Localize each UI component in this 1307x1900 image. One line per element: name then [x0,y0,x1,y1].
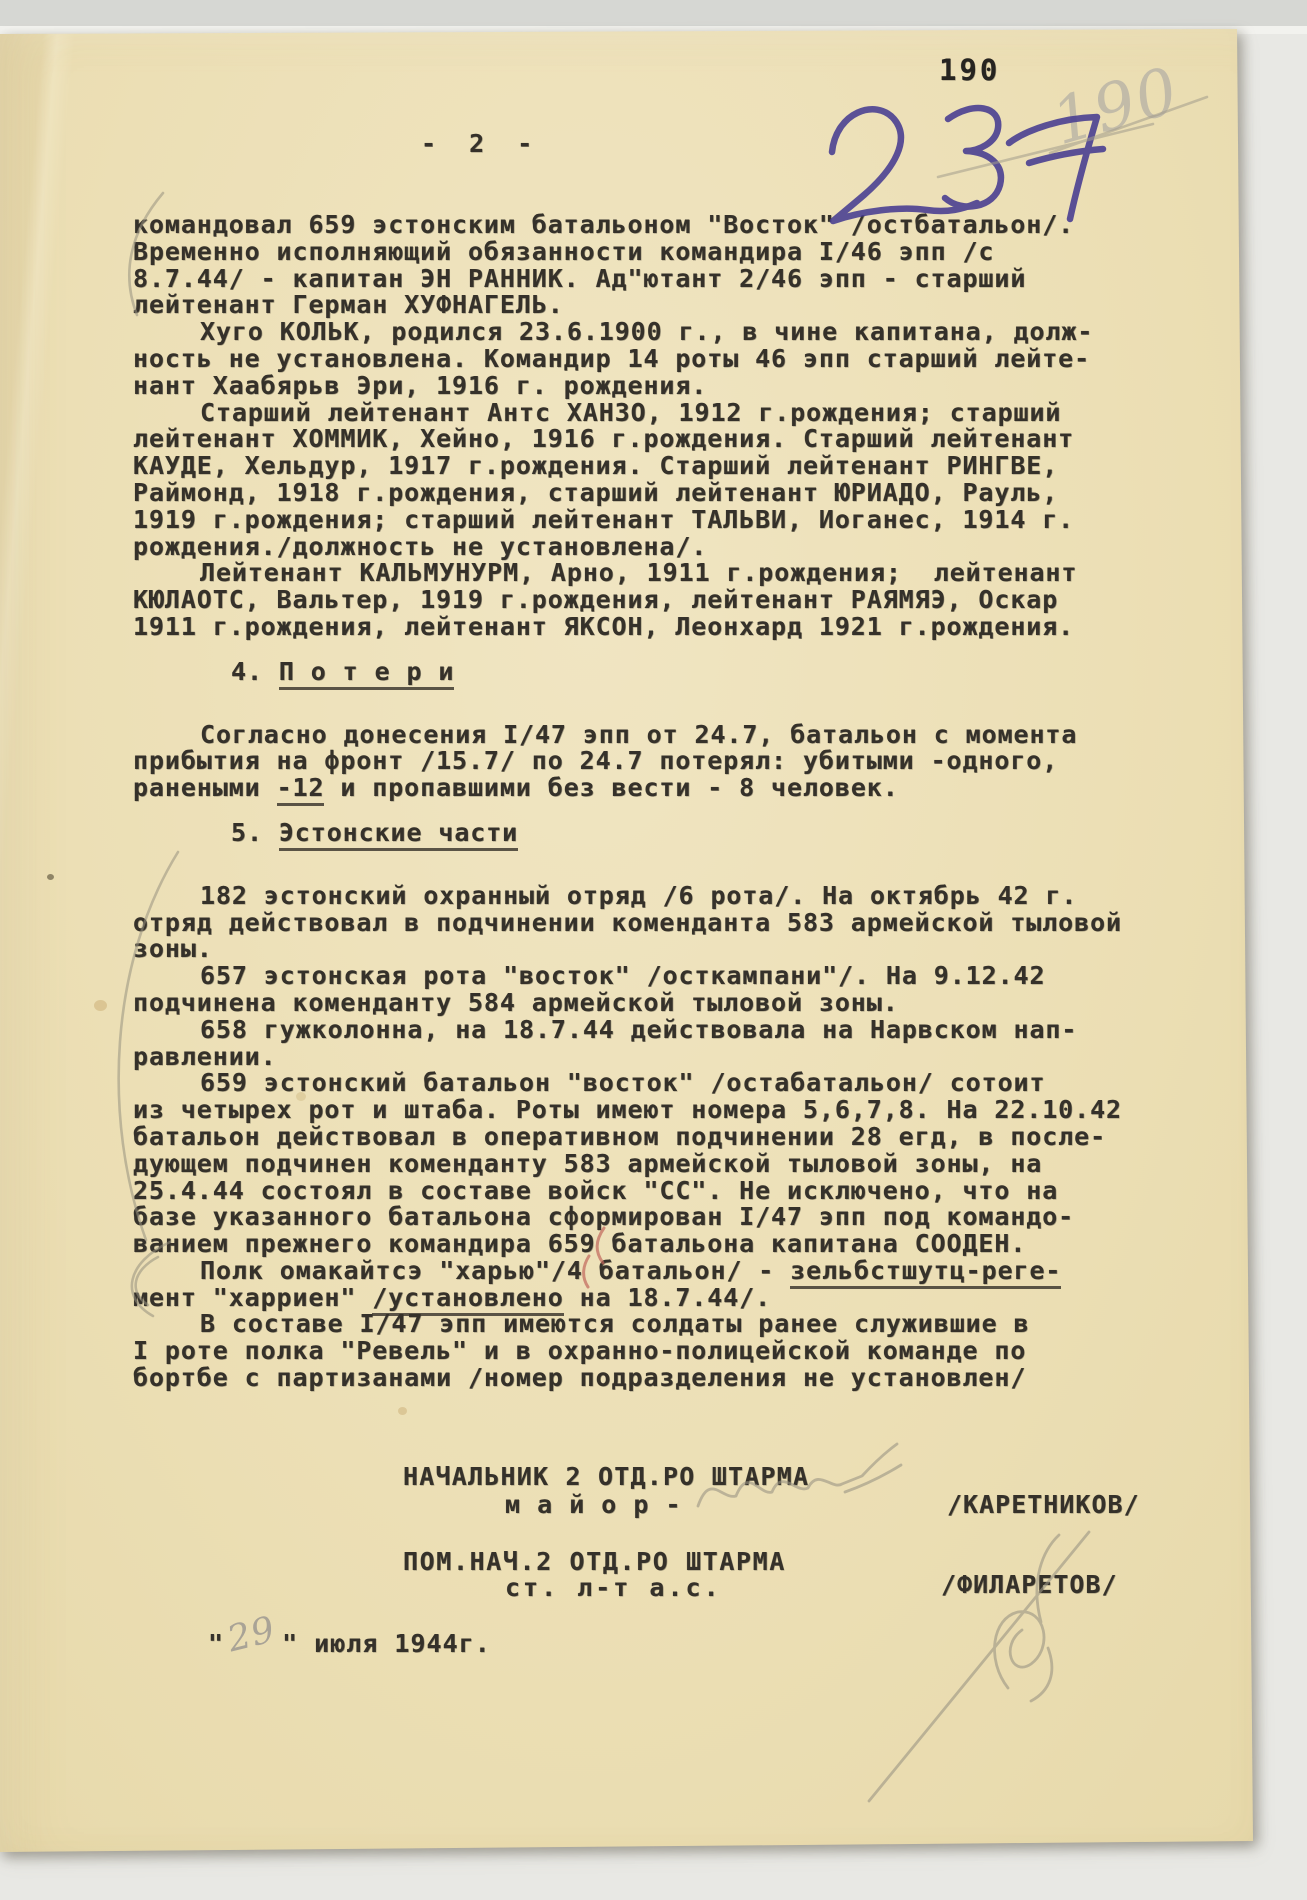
signature-role-2: ПОМ.НАЧ.2 ОТД.РО ШТАРМА [403,1547,786,1576]
paper-speck [47,874,54,880]
paragraph: Согласно донесения I/47 эпп от 24.7, бат… [133,722,1173,802]
signature-name-2: /ФИЛАРЕТОВ/ [941,1570,1118,1599]
paragraph: Старший лейтенант Антс ХАНЗО, 1912 г.рож… [133,400,1173,561]
paragraph: Полк омакайтсэ "харью"/4 батальон/ - зел… [133,1258,1173,1312]
scanned-document-page: { "scan": { "page_number": "- 2 -", "sta… [0,0,1307,1900]
typed-line: рождения./должность не установлена/. [133,534,1173,561]
typed-line: лейтенант ХОММИК, Хейно, 1916 г.рождения… [133,426,1173,453]
typed-line: 25.4.44 состоял в составе войск "СС". Не… [133,1178,1173,1205]
typed-line: нант Хаабярьв Эри, 1916 г. рождения. [133,373,1173,400]
typed-line: Лейтенант КАЛЬМУНУРМ, Арно, 1911 г.рожде… [133,560,1173,587]
typed-line: прибытия на фронт /15.7/ по 24.7 потерял… [133,748,1173,775]
page-number: - 2 - [421,129,541,158]
paper-speck [398,1407,407,1415]
typed-line: 4. П о т е р и [231,659,1173,686]
typed-line: 1919 г.рождения; старший лейтенант ТАЛЬВ… [133,507,1173,534]
typed-line: 1911 г.рождения, лейтенант ЯКСОН, Леонха… [133,614,1173,641]
signature-rank-2: ст. л-т а.с. [505,1573,722,1602]
paragraph: Лейтенант КАЛЬМУНУРМ, Арно, 1911 г.рожде… [133,560,1173,640]
paragraph: 182 эстонский охранный отряд /6 рота/. Н… [133,883,1173,963]
typed-line: Согласно донесения I/47 эпп от 24.7, бат… [133,722,1173,749]
typed-line: равлении. [133,1044,1173,1071]
paragraph: 657 эстонская рота "восток" /осткампани"… [133,963,1173,1017]
typed-line: Временно исполняющий обязанности команди… [133,239,1173,266]
typed-line: базе указанного батальона сформирован I/… [133,1204,1173,1231]
typed-line: Хуго КОЛЬК, родился 23.6.1900 г., в чине… [133,319,1173,346]
signature-name-1: /КАРЕТНИКОВ/ [947,1490,1140,1519]
paragraph: 658 гужколонна, на 18.7.44 действовала н… [133,1017,1173,1071]
paragraph: В составе I/47 эпп имеются солдаты ранее… [133,1311,1173,1391]
typed-line: Раймонд, 1918 г.рождения, старший лейтен… [133,480,1173,507]
typed-line: 659 эстонский батальон "восток" /остабат… [133,1070,1173,1097]
typed-line: из четырех рот и штаба. Роты имеют номер… [133,1097,1173,1124]
typed-line: КАУДЕ, Хельдур, 1917 г.рождения. Старший… [133,453,1173,480]
section-heading: 5. Эстонские части [231,820,1173,847]
typed-line: бортбе с партизанами /номер подразделени… [133,1365,1173,1392]
typed-line: ванием прежнего командира 659 батальона … [133,1231,1173,1258]
typed-body: командовал 659 эстонским батальоном "Вос… [133,212,1173,1392]
typed-line: батальон действовал в оперативном подчин… [133,1124,1173,1151]
signature-rank-1: м а й о р - [505,1490,682,1519]
signature-role-1: НАЧАЛЬНИК 2 ОТД.РО ШТАРМА [403,1462,809,1491]
typed-line: подчинена коменданту 584 армейской тылов… [133,990,1173,1017]
typed-line: ранеными -12 и пропавшими без вести - 8 … [133,775,1173,802]
typed-line: командовал 659 эстонским батальоном "Вос… [133,212,1173,239]
typed-line: зоны. [133,936,1173,963]
typed-line: 657 эстонская рота "восток" /осткампани"… [133,963,1173,990]
paragraph: Хуго КОЛЬК, родился 23.6.1900 г., в чине… [133,319,1173,399]
typed-line: В составе I/47 эпп имеются солдаты ранее… [133,1311,1173,1338]
typed-line: I роте полка "Ревель" и в охранно-полице… [133,1338,1173,1365]
stamped-folio-number: 190 [939,53,1000,87]
typed-line: Полк омакайтсэ "харью"/4 батальон/ - зел… [133,1258,1173,1285]
typed-line: КЮЛАОТС, Вальтер, 1919 г.рождения, лейте… [133,587,1173,614]
typed-line: 8.7.44/ - капитан ЭН РАННИК. Ад"ютант 2/… [133,266,1173,293]
typed-line: 658 гужколонна, на 18.7.44 действовала н… [133,1017,1173,1044]
paragraph: командовал 659 эстонским батальоном "Вос… [133,212,1173,319]
date-text: июля 1944г. [298,1629,491,1658]
paragraph: 659 эстонский батальон "восток" /остабат… [133,1070,1173,1258]
date-line: "29" июля 1944г. [208,1620,491,1661]
typed-line: 5. Эстонские части [231,820,1173,847]
date-close-quote: " [282,1629,298,1658]
typed-line: отряд действовал в подчинении коменданта… [133,910,1173,937]
typed-line: лейтенант Герман ХУФНАГЕЛЬ. [133,292,1173,319]
typed-line: 182 эстонский охранный отряд /6 рота/. Н… [133,883,1173,910]
typed-line: ность не установлена. Командир 14 роты 4… [133,346,1173,373]
section-heading: 4. П о т е р и [231,659,1173,686]
typed-line: дующем подчинен коменданту 583 армейской… [133,1151,1173,1178]
typed-line: Старший лейтенант Антс ХАНЗО, 1912 г.рож… [133,400,1173,427]
paper-speck [94,1000,107,1011]
